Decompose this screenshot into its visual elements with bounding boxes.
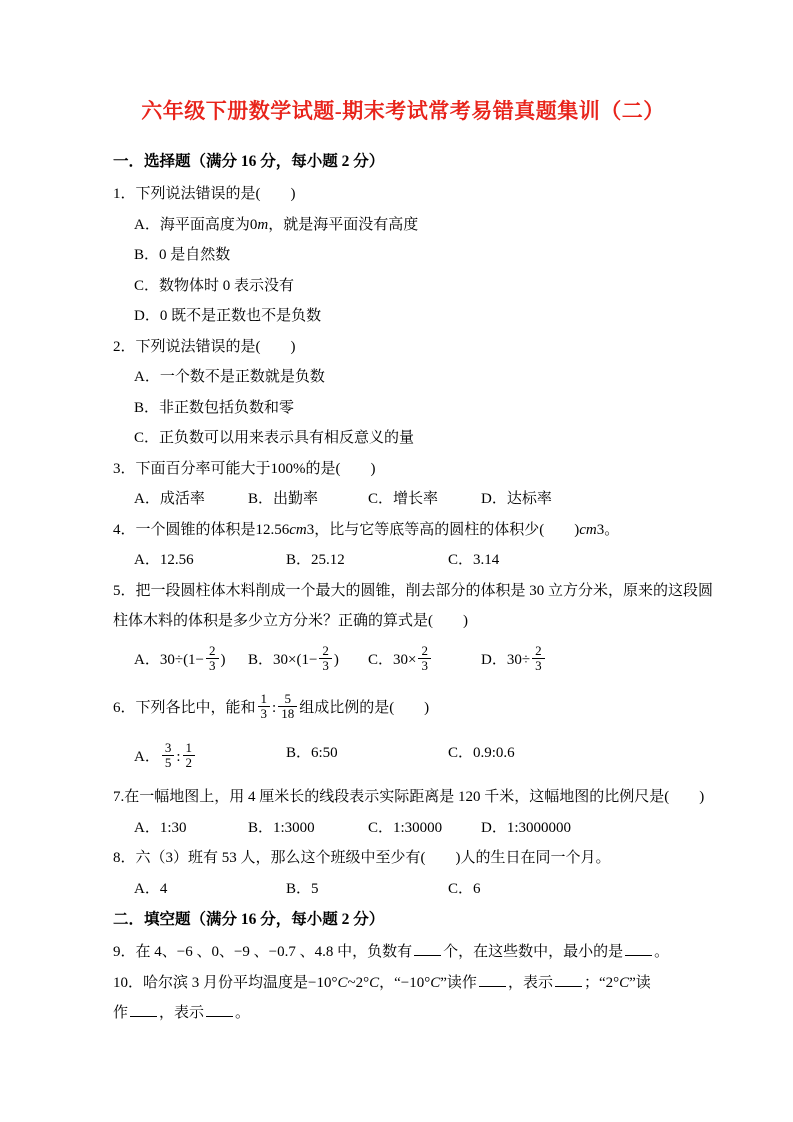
option-item: B．30×(1−23) bbox=[248, 646, 368, 676]
blank-field bbox=[414, 942, 441, 956]
option-item: C．6 bbox=[448, 879, 481, 900]
option-item: A．30÷(1−23) bbox=[134, 646, 248, 676]
question-line: 10．哈尔滨 3 月份平均温度是−10°C~2°C，“−10°C”读作，表示；“… bbox=[113, 973, 693, 994]
section-heading: 二．填空题（满分 16 分，每小题 2 分） bbox=[113, 909, 693, 930]
question-line: 3．下面百分率可能大于100%的是( ) bbox=[113, 459, 693, 480]
fraction: 518 bbox=[278, 692, 297, 722]
option-item: B．6:50 bbox=[286, 743, 448, 773]
blank-field bbox=[555, 973, 582, 987]
option-line: D．0 既不是正数也不是负数 bbox=[134, 306, 693, 327]
document-page: 六年级下册数学试题-期末考试常考易错真题集训（二） 一．选择题（满分 16 分，… bbox=[0, 0, 793, 1122]
options-row: A．1:30B．1:3000C．1:30000D．1:3000000 bbox=[134, 818, 693, 839]
option-line: B．非正数包括负数和零 bbox=[134, 398, 693, 419]
options-row: A．4B．5C．6 bbox=[134, 879, 693, 900]
math-italic-text: C bbox=[369, 975, 379, 991]
option-item: A．成活率 bbox=[134, 489, 248, 510]
option-item: B．1:3000 bbox=[248, 818, 368, 839]
question-line: 5．把一段圆柱体木料削成一个最大的圆锥，削去部分的体积是 30 立方分米，原来的… bbox=[113, 581, 693, 602]
option-line: A．一个数不是正数就是负数 bbox=[134, 367, 693, 388]
option-item: C．1:30000 bbox=[368, 818, 481, 839]
math-italic-text: cm bbox=[579, 522, 597, 538]
question-line: 9．在 4、−6 、0、−9 、−0.7 、4.8 中，负数有个，在这些数中，最… bbox=[113, 942, 693, 963]
math-italic-text: m bbox=[257, 217, 268, 233]
blank-field bbox=[206, 1003, 233, 1017]
blank-field bbox=[479, 973, 506, 987]
option-item: D．1:3000000 bbox=[481, 818, 571, 839]
fraction: 35 bbox=[162, 741, 175, 771]
fraction: 12 bbox=[183, 741, 196, 771]
option-item: D．30÷23 bbox=[481, 646, 547, 676]
option-item: A．1:30 bbox=[134, 818, 248, 839]
option-item: C．3.14 bbox=[448, 550, 499, 571]
question-line: 柱体木料的体积是多少立方分米？正确的算式是( ) bbox=[113, 611, 693, 632]
question-line: 4．一个圆锥的体积是12.56cm3，比与它等底等高的圆柱的体积少( )cm3。 bbox=[113, 520, 693, 541]
section-heading: 一．选择题（满分 16 分，每小题 2 分） bbox=[113, 151, 693, 172]
page-title: 六年级下册数学试题-期末考试常考易错真题集训（二） bbox=[113, 97, 693, 125]
fraction: 23 bbox=[206, 644, 219, 674]
option-item: A．35:12 bbox=[134, 743, 286, 773]
math-italic-text: C bbox=[430, 975, 440, 991]
question-line: 6．下列各比中，能和13:518组成比例的是( ) bbox=[113, 690, 693, 727]
option-line: C．数物体时 0 表示没有 bbox=[134, 276, 693, 297]
question-line: 1．下列说法错误的是( ) bbox=[113, 184, 693, 205]
option-item: A．12.56 bbox=[134, 550, 286, 571]
fraction: 23 bbox=[418, 644, 431, 674]
blank-field bbox=[130, 1003, 157, 1017]
option-item: D．达标率 bbox=[481, 489, 552, 510]
options-row: A．30÷(1−23)B．30×(1−23)C．30×23D．30÷23 bbox=[134, 642, 693, 679]
option-line: B．0 是自然数 bbox=[134, 245, 693, 266]
option-line: A．海平面高度为0m，就是海平面没有高度 bbox=[134, 215, 693, 236]
math-italic-text: cm bbox=[289, 522, 307, 538]
options-row: A．成活率B．出勤率C．增长率D．达标率 bbox=[134, 489, 693, 510]
fraction: 13 bbox=[258, 692, 271, 722]
question-line: 作，表示。 bbox=[113, 1003, 693, 1024]
option-item: C．增长率 bbox=[368, 489, 481, 510]
option-item: B．出勤率 bbox=[248, 489, 368, 510]
option-item: C．0.9:0.6 bbox=[448, 743, 515, 773]
question-line: 7.在一幅地图上，用 4 厘米长的线段表示实际距离是 120 千米，这幅地图的比… bbox=[113, 787, 693, 808]
math-italic-text: C bbox=[619, 975, 629, 991]
option-item: B．25.12 bbox=[286, 550, 448, 571]
option-line: C．正负数可以用来表示具有相反意义的量 bbox=[134, 428, 693, 449]
math-italic-text: C bbox=[337, 975, 347, 991]
question-line: 2．下列说法错误的是( ) bbox=[113, 337, 693, 358]
option-item: A．4 bbox=[134, 879, 286, 900]
blank-field bbox=[625, 942, 652, 956]
document-content: 一．选择题（满分 16 分，每小题 2 分）1．下列说法错误的是( )A．海平面… bbox=[113, 151, 693, 1024]
fraction: 23 bbox=[532, 644, 545, 674]
options-row: A．35:12B．6:50C．0.9:0.6 bbox=[134, 739, 693, 776]
fraction: 23 bbox=[319, 644, 332, 674]
question-line: 8．六（3）班有 53 人，那么这个班级中至少有( )人的生日在同一个月。 bbox=[113, 848, 693, 869]
options-row: A．12.56B．25.12C．3.14 bbox=[134, 550, 693, 571]
option-item: C．30×23 bbox=[368, 646, 481, 676]
option-item: B．5 bbox=[286, 879, 448, 900]
document-content-wrapper: 六年级下册数学试题-期末考试常考易错真题集训（二） 一．选择题（满分 16 分，… bbox=[0, 0, 793, 1024]
